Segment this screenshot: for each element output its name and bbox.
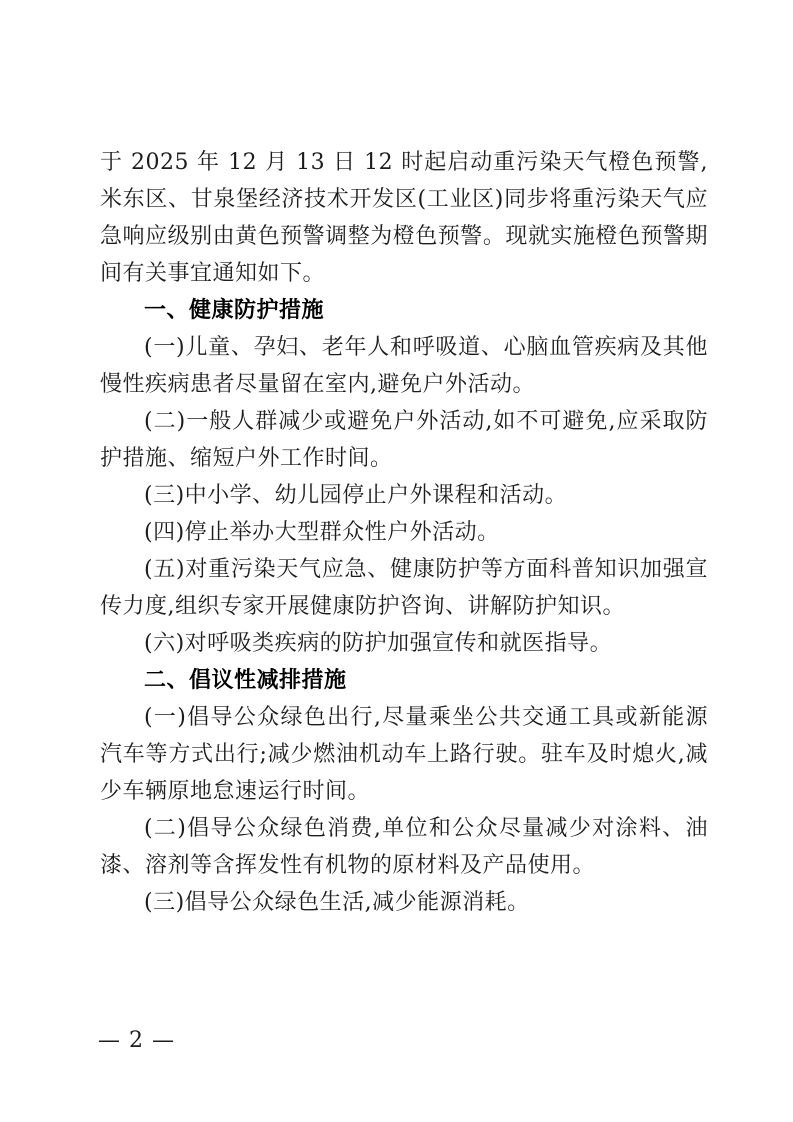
page-footer: — 2 — (98, 1026, 175, 1056)
health-item-1: (一)儿童、孕妇、老年人和呼吸道、心脑血管疾病及其他慢性疾病患者尽量留在室内,避… (100, 329, 708, 403)
document-page: 于 2025 年 12 月 13 日 12 时起启动重污染天气橙色预警,米东区、… (0, 0, 793, 1122)
health-item-5: (五)对重污染天气应急、健康防护等方面科普知识加强宣传力度,组织专家开展健康防护… (100, 551, 708, 625)
intro-continuation-paragraph: 于 2025 年 12 月 13 日 12 时起启动重污染天气橙色预警,米东区、… (100, 144, 708, 292)
advocacy-item-1: (一)倡导公众绿色出行,尽量乘坐公共交通工具或新能源汽车等方式出行;减少燃油机动… (100, 699, 708, 810)
health-item-4: (四)停止举办大型群众性户外活动。 (100, 514, 708, 551)
section-heading-advocacy-emission-reduction: 二、倡议性减排措施 (100, 662, 708, 699)
advocacy-item-3: (三)倡导公众绿色生活,减少能源消耗。 (100, 884, 708, 921)
page-number: — 2 — (98, 1028, 175, 1053)
health-item-6: (六)对呼吸类疾病的防护加强宣传和就医指导。 (100, 625, 708, 662)
health-item-2: (二)一般人群减少或避免户外活动,如不可避免,应采取防护措施、缩短户外工作时间。 (100, 403, 708, 477)
advocacy-item-2: (二)倡导公众绿色消费,单位和公众尽量减少对涂料、油漆、溶剂等含挥发性有机物的原… (100, 810, 708, 884)
health-item-3: (三)中小学、幼儿园停止户外课程和活动。 (100, 477, 708, 514)
section-heading-health-protection: 一、健康防护措施 (100, 292, 708, 329)
document-body: 于 2025 年 12 月 13 日 12 时起启动重污染天气橙色预警,米东区、… (100, 144, 708, 921)
